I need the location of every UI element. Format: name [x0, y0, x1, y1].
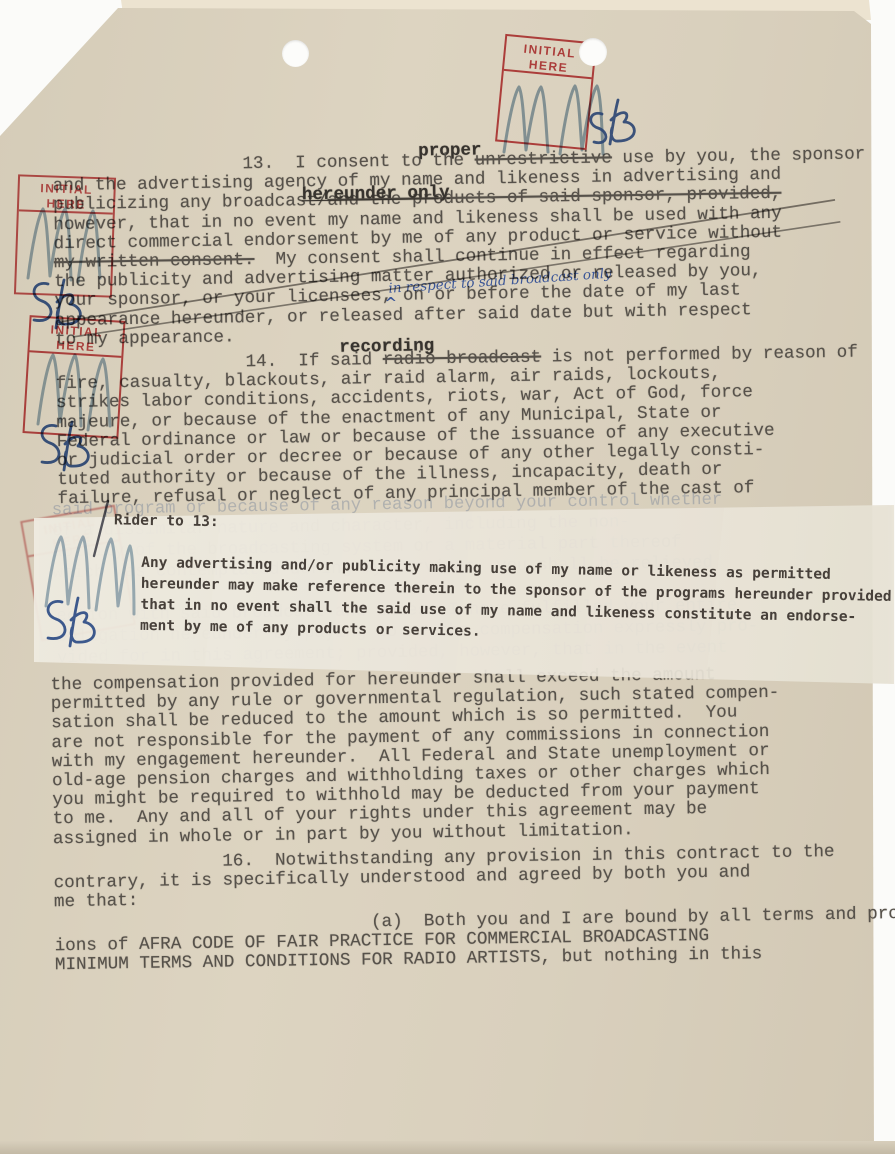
rider-body: Any advertising and/or publicity making … — [140, 553, 892, 650]
handwritten-initials-top — [498, 78, 648, 163]
handwritten-initials-1 — [14, 198, 124, 338]
paragraph-16a: (a) Both you and I are bound by all term… — [54, 904, 895, 976]
rider-text-layer: Rider to 13: Any advertising and/or publ… — [31, 497, 894, 700]
punch-hole-left — [282, 40, 309, 67]
handwritten-initials-3 — [34, 528, 144, 663]
paragraph-16: 16. Notwithstanding any provision in thi… — [53, 843, 835, 913]
handwritten-initials-2 — [24, 342, 134, 482]
punch-hole-right — [579, 38, 607, 66]
pen-slash-mark — [90, 498, 114, 562]
